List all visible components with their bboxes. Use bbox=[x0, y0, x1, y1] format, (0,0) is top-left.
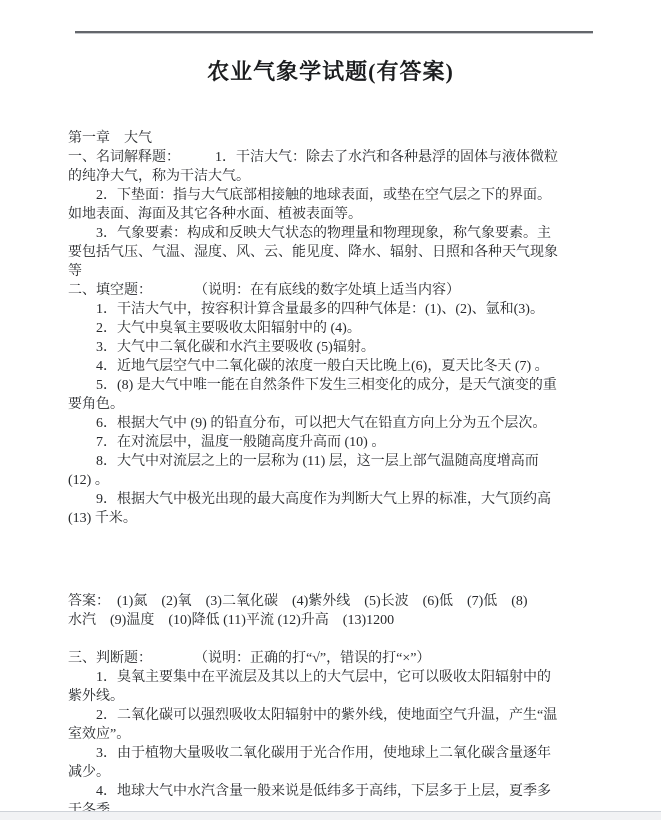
text-line: 8．大气中对流层之上的一层称为 (11) 层，这一层上部气温随高度增高而 bbox=[68, 452, 628, 471]
header-rule bbox=[75, 31, 593, 34]
text-line: 水汽 (9)温度 (10)降低 (11)平流 (12)升高 (13)1200 bbox=[68, 611, 628, 630]
text-line: 三、判断题： （说明：正确的打“√”，错误的打“×”） bbox=[68, 649, 628, 668]
text-line: 要包括气压、气温、湿度、风、云、能见度、降水、辐射、日照和各种天气现象 bbox=[68, 243, 628, 262]
body-text-block: 第一章 大气一、名词解释题： 1．干洁大气：除去了水汽和各种悬浮的固体与液体微粒… bbox=[68, 129, 628, 528]
text-line: 一、名词解释题： 1．干洁大气：除去了水汽和各种悬浮的固体与液体微粒 bbox=[68, 148, 628, 167]
text-line: 第一章 大气 bbox=[68, 129, 628, 148]
text-line: 6．根据大气中 (9) 的铅直分布，可以把大气在铅直方向上分为五个层次。 bbox=[68, 414, 628, 433]
text-line: 2．二氧化碳可以强烈吸收太阳辐射中的紫外线，使地面空气升温，产生“温 bbox=[68, 706, 628, 725]
text-line: 的纯净大气，称为干洁大气。 bbox=[68, 167, 628, 186]
text-line: 1．干洁大气中，按容积计算含量最多的四种气体是：(1)、(2)、氩和(3)。 bbox=[68, 300, 628, 319]
judge-question-block: 三、判断题： （说明：正确的打“√”，错误的打“×”） 1．臭氧主要集中在平流层… bbox=[68, 649, 628, 820]
text-line: 要角色。 bbox=[68, 395, 628, 414]
page-title: 农业气象学试题(有答案) bbox=[68, 55, 593, 86]
text-line: 3．气象要素：构成和反映大气状态的物理量和物理现象，称气象要素。主 bbox=[68, 224, 628, 243]
answer-block: 答案： (1)氮 (2)氧 (3)二氧化碳 (4)紫外线 (5)长波 (6)低 … bbox=[68, 592, 628, 630]
text-line: 等 bbox=[68, 262, 628, 281]
text-line: 2．大气中臭氧主要吸收太阳辐射中的 (4)。 bbox=[68, 319, 628, 338]
text-line: 2．下垫面：指与大气底部相接触的地球表面，或垫在空气层之下的界面。 bbox=[68, 186, 628, 205]
text-line: 1．臭氧主要集中在平流层及其以上的大气层中，它可以吸收太阳辐射中的 bbox=[68, 668, 628, 687]
text-line: 室效应”。 bbox=[68, 725, 628, 744]
text-line: 3．由于植物大量吸收二氧化碳用于光合作用，使地球上二氧化碳含量逐年 bbox=[68, 744, 628, 763]
text-line: 减少。 bbox=[68, 763, 628, 782]
text-line: (12) 。 bbox=[68, 471, 628, 490]
text-line: 如地表面、海面及其它各种水面、植被表面等。 bbox=[68, 205, 628, 224]
text-line: 9．根据大气中极光出现的最大高度作为判断大气上界的标准，大气顶约高 bbox=[68, 490, 628, 509]
text-line: 紫外线。 bbox=[68, 687, 628, 706]
document-page: 农业气象学试题(有答案) 第一章 大气一、名词解释题： 1．干洁大气：除去了水汽… bbox=[0, 0, 661, 820]
text-line: 4．地球大气中水汽含量一般来说是低纬多于高纬，下层多于上层，夏季多 bbox=[68, 782, 628, 801]
bottom-edge-bar bbox=[0, 811, 661, 820]
text-line: 7．在对流层中，温度一般随高度升高而 (10) 。 bbox=[68, 433, 628, 452]
text-line: 5．(8) 是大气中唯一能在自然条件下发生三相变化的成分，是天气演变的重 bbox=[68, 376, 628, 395]
text-line: 答案： (1)氮 (2)氧 (3)二氧化碳 (4)紫外线 (5)长波 (6)低 … bbox=[68, 592, 628, 611]
text-line: (13) 千米。 bbox=[68, 509, 628, 528]
text-line: 4．近地气层空气中二氧化碳的浓度一般白天比晚上(6)，夏天比冬天 (7) 。 bbox=[68, 357, 628, 376]
text-line: 3．大气中二氧化碳和水汽主要吸收 (5)辐射。 bbox=[68, 338, 628, 357]
text-line: 二、填空题： （说明：在有底线的数字处填上适当内容） bbox=[68, 281, 628, 300]
